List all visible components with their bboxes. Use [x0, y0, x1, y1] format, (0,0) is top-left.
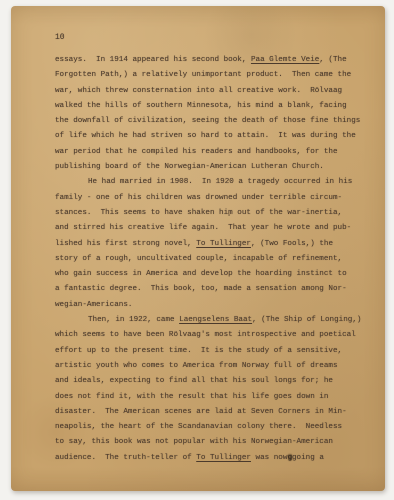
- text-line: lished his first strong novel, To Tullin…: [55, 237, 375, 252]
- text-line: audience. The truth-teller of To Tulling…: [55, 451, 375, 466]
- text-segment: , (Two Fools,) the: [251, 240, 333, 248]
- text-segment: war period that he compiled his readers …: [55, 148, 338, 156]
- text-segment: which seems to have been Rölvaag's most …: [55, 331, 356, 339]
- text-segment: going a: [292, 454, 324, 462]
- text-line: effort up to the present time. It is the…: [55, 344, 375, 359]
- text-line: does not find it, with the result that h…: [55, 390, 375, 405]
- text-segment: Forgotten Path,) a relatively unimportan…: [55, 71, 351, 79]
- book-title: To Tullinger: [196, 454, 251, 462]
- text-line: story of a rough, uncultivated couple, i…: [55, 252, 375, 267]
- text-segment: wegian-Americans.: [55, 301, 132, 309]
- text-line: wegian-Americans.: [55, 298, 375, 313]
- text-segment: walked the hills of southern Minnesota, …: [55, 102, 347, 110]
- text-line: the downfall of civilization, seeing the…: [55, 114, 375, 129]
- text-segment: and ideals, expecting to find all that h…: [55, 377, 333, 385]
- text-line: and stirred his creative life again. Tha…: [55, 221, 375, 236]
- text-segment: to say, this book was not popular with h…: [55, 438, 333, 446]
- text-segment: Then, in 1922, came: [88, 316, 179, 324]
- text-block: essays. In 1914 appeared his second book…: [55, 53, 375, 466]
- text-line: disaster. The American scenes are laid a…: [55, 405, 375, 420]
- text-line: to say, this book was not popular with h…: [55, 435, 375, 450]
- book-title: To Tullinger: [196, 240, 251, 248]
- text-segment: disaster. The American scenes are laid a…: [55, 408, 347, 416]
- text-segment: story of a rough, uncultivated couple, i…: [55, 255, 342, 263]
- stray-ink-mark: °: [227, 214, 231, 222]
- text-line: a fantastic degree. This book, too, made…: [55, 282, 375, 297]
- text-segment: family - one of his children was drowned…: [55, 194, 342, 202]
- book-title: Laengselens Baat: [179, 316, 252, 324]
- text-segment: stances. This seems to have shaken him o…: [55, 209, 342, 217]
- text-line: walked the hills of southern Minnesota, …: [55, 99, 375, 114]
- text-segment: a fantastic degree. This book, too, made…: [55, 285, 347, 293]
- text-line: which seems to have been Rölvaag's most …: [55, 328, 375, 343]
- text-segment: was now: [251, 454, 287, 462]
- text-line: stances. This seems to have shaken him o…: [55, 206, 375, 221]
- text-segment: He had married in 1908. In 1920 a traged…: [88, 178, 352, 186]
- text-line: Forgotten Path,) a relatively unimportan…: [55, 68, 375, 83]
- text-line: family - one of his children was drowned…: [55, 191, 375, 206]
- text-segment: artistic youth who comes to America from…: [55, 362, 338, 370]
- text-line: war, which threw consternation into all …: [55, 84, 375, 99]
- text-line: neapolis, the heart of the Scandanavian …: [55, 420, 375, 435]
- text-segment: publishing board of the Norwegian-Americ…: [55, 163, 324, 171]
- photo-background: { "document": { "page_number": "10", "ar…: [0, 0, 394, 500]
- text-line: Then, in 1922, came Laengselens Baat, (T…: [55, 313, 375, 328]
- text-segment: does not find it, with the result that h…: [55, 393, 328, 401]
- text-segment: effort up to the present time. It is the…: [55, 347, 342, 355]
- text-segment: , (The: [319, 56, 346, 64]
- text-segment: neapolis, the heart of the Scandanavian …: [55, 423, 342, 431]
- text-line: and ideals, expecting to find all that h…: [55, 374, 375, 389]
- text-line: artistic youth who comes to America from…: [55, 359, 375, 374]
- page-number: 10: [55, 33, 65, 42]
- text-segment: , (The Ship of Longing,): [252, 316, 361, 324]
- text-segment: and stirred his creative life again. Tha…: [55, 224, 351, 232]
- text-line: war period that he compiled his readers …: [55, 145, 375, 160]
- text-segment: the downfall of civilization, seeing the…: [55, 117, 360, 125]
- text-segment: audience. The truth-teller of: [55, 454, 196, 462]
- text-line: of life which he had striven so hard to …: [55, 129, 375, 144]
- text-line: publishing board of the Norwegian-Americ…: [55, 160, 375, 175]
- text-segment: essays. In 1914 appeared his second book…: [55, 56, 251, 64]
- text-segment: war, which threw consternation into all …: [55, 87, 342, 95]
- text-segment: who gain success in America and develop …: [55, 270, 347, 278]
- text-line: essays. In 1914 appeared his second book…: [55, 53, 375, 68]
- text-line: who gain success in America and develop …: [55, 267, 375, 282]
- text-segment: of life which he had striven so hard to …: [55, 132, 356, 140]
- book-title: Paa Glemte Veie: [251, 56, 319, 64]
- text-line: He had married in 1908. In 1920 a traged…: [55, 175, 375, 190]
- paper-sheet: 10 essays. In 1914 appeared his second b…: [11, 6, 385, 491]
- text-segment: lished his first strong novel,: [55, 240, 196, 248]
